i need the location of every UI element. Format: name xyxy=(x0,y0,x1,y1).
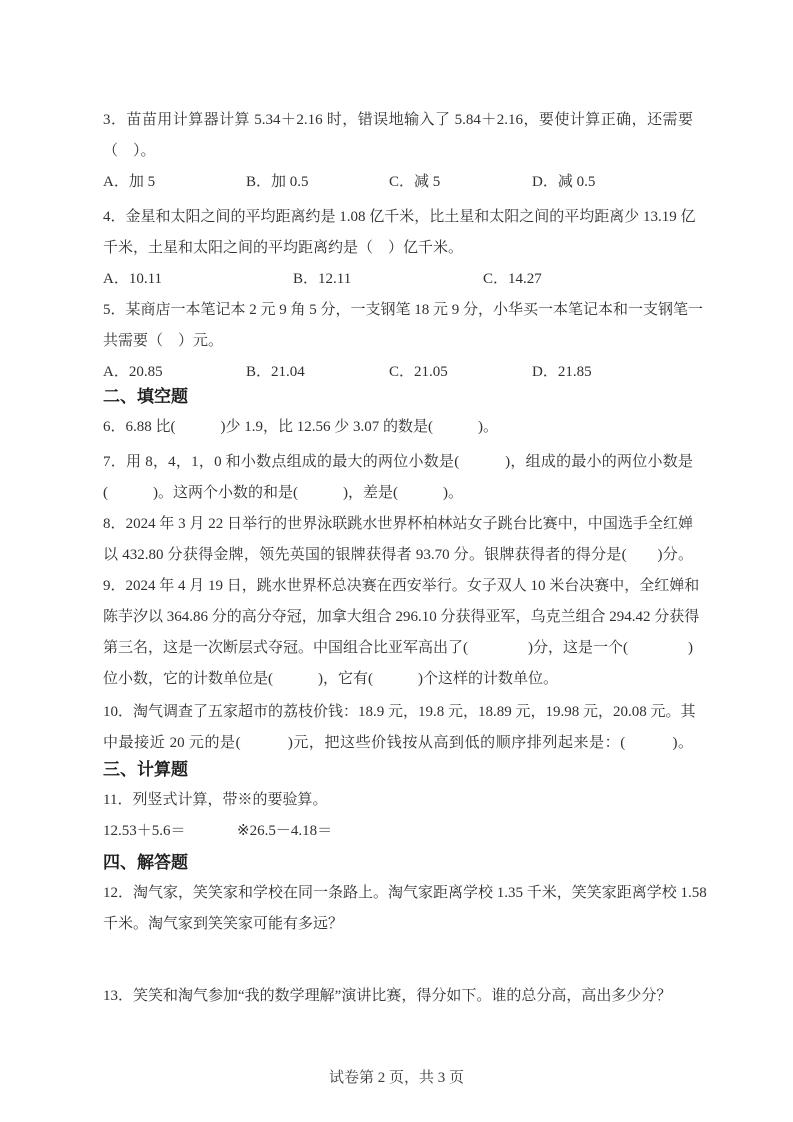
q5-option-b: B．21.04 xyxy=(246,357,389,388)
q3-option-d: D．减 0.5 xyxy=(532,167,675,198)
page-footer: 试卷第 2 页，共 3 页 xyxy=(0,1066,793,1087)
q5-line-1: 5．某商店一本笔记本 2 元 9 角 5 分，一支钢笔 18 元 9 分，小华买… xyxy=(103,295,693,326)
question-12: 12．淘气家，笑笑家和学校在同一条路上。淘气家距离学校 1.35 千米，笑笑家距… xyxy=(103,878,693,940)
question-5: 5．某商店一本笔记本 2 元 9 角 5 分，一支钢笔 18 元 9 分，小华买… xyxy=(103,295,693,388)
q3-line-1: 3．苗苗用计算器计算 5.34＋2.16 时，错误地输入了 5.84＋2.16，… xyxy=(103,105,693,136)
q11-formula-2: ※26.5－4.18＝ xyxy=(237,816,332,847)
q4-option-b: B．12.11 xyxy=(293,264,483,295)
q4-options: A．10.11 B．12.11 C．14.27 xyxy=(103,264,693,295)
q9-line-4: 位小数，它的计数单位是( )，它有( )个这样的计数单位。 xyxy=(103,664,693,695)
q4-option-c: C．14.27 xyxy=(483,264,673,295)
q12-line-1: 12．淘气家，笑笑家和学校在同一条路上。淘气家距离学校 1.35 千米，笑笑家距… xyxy=(103,878,693,909)
q8-line-1: 8．2024 年 3 月 22 日举行的世界泳联跳水世界杯柏林站女子跳台比赛中，… xyxy=(103,509,693,540)
section-header-solve: 四、解答题 xyxy=(103,847,693,878)
q10-line-1: 10．淘气调查了五家超市的荔枝价钱：18.9 元，19.8 元，18.89 元，… xyxy=(103,697,693,728)
question-4: 4．金星和太阳之间的平均距离约是 1.08 亿千米，比土星和太阳之间的平均距离少… xyxy=(103,202,693,295)
q5-options: A．20.85 B．21.04 C．21.05 D．21.85 xyxy=(103,357,693,388)
q3-line-2: （ ）。 xyxy=(103,136,693,167)
q11-line-1: 11．列竖式计算，带※的要验算。 xyxy=(103,785,693,816)
question-13: 13．笑笑和淘气参加“我的数学理解”演讲比赛，得分如下。谁的总分高，高出多少分？ xyxy=(103,981,693,1012)
q10-line-2: 中最接近 20 元的是( )元，把这些价钱按从高到低的顺序排列起来是：( )。 xyxy=(103,728,693,759)
question-7: 7．用 8，4，1，0 和小数点组成的最大的两位小数是( )，组成的最小的两位小… xyxy=(103,447,693,509)
exam-paper-page: 3．苗苗用计算器计算 5.34＋2.16 时，错误地输入了 5.84＋2.16，… xyxy=(0,0,793,1122)
q5-option-c: C．21.05 xyxy=(389,357,532,388)
q3-option-c: C．减 5 xyxy=(389,167,532,198)
q5-line-2: 共需要（ ）元。 xyxy=(103,326,693,357)
q4-line-1: 4．金星和太阳之间的平均距离约是 1.08 亿千米，比土星和太阳之间的平均距离少… xyxy=(103,202,693,233)
q7-line-2: ( )。这两个小数的和是( )，差是( )。 xyxy=(103,478,693,509)
exam-content: 3．苗苗用计算器计算 5.34＋2.16 时，错误地输入了 5.84＋2.16，… xyxy=(103,105,693,1012)
q9-line-1: 9．2024 年 4 月 19 日，跳水世界杯总决赛在西安举行。女子双人 10 … xyxy=(103,571,693,602)
question-8: 8．2024 年 3 月 22 日举行的世界泳联跳水世界杯柏林站女子跳台比赛中，… xyxy=(103,509,693,571)
q3-options: A．加 5 B．加 0.5 C．减 5 D．减 0.5 xyxy=(103,167,693,198)
q3-option-a: A．加 5 xyxy=(103,167,246,198)
q7-line-1: 7．用 8，4，1，0 和小数点组成的最大的两位小数是( )，组成的最小的两位小… xyxy=(103,447,693,478)
q5-option-d: D．21.85 xyxy=(532,357,675,388)
q6-line-1: 6．6.88 比( )少 1.9，比 12.56 少 3.07 的数是( )。 xyxy=(103,412,693,443)
q9-line-2: 陈芋汐以 364.86 分的高分夺冠，加拿大组合 296.10 分获得亚军，乌克… xyxy=(103,602,693,633)
q11-formula-1: 12.53＋5.6＝ xyxy=(103,816,237,847)
q3-option-b: B．加 0.5 xyxy=(246,167,389,198)
q12-line-2: 千米。淘气家到笑笑家可能有多远？ xyxy=(103,909,693,940)
q11-formulas: 12.53＋5.6＝※26.5－4.18＝ xyxy=(103,816,693,847)
q13-line-1: 13．笑笑和淘气参加“我的数学理解”演讲比赛，得分如下。谁的总分高，高出多少分？ xyxy=(103,981,693,1012)
q4-line-2: 千米，土星和太阳之间的平均距离约是（ ）亿千米。 xyxy=(103,233,693,264)
question-11: 11．列竖式计算，带※的要验算。 12.53＋5.6＝※26.5－4.18＝ xyxy=(103,785,693,847)
question-10: 10．淘气调查了五家超市的荔枝价钱：18.9 元，19.8 元，18.89 元，… xyxy=(103,697,693,759)
question-9: 9．2024 年 4 月 19 日，跳水世界杯总决赛在西安举行。女子双人 10 … xyxy=(103,571,693,695)
q8-line-2: 以 432.80 分获得金牌，领先英国的银牌获得者 93.70 分。银牌获得者的… xyxy=(103,540,693,571)
q4-option-a: A．10.11 xyxy=(103,264,293,295)
q9-line-3: 第三名，这是一次断层式夺冠。中国组合比亚军高出了( )分，这是一个( ) xyxy=(103,633,693,664)
question-6: 6．6.88 比( )少 1.9，比 12.56 少 3.07 的数是( )。 xyxy=(103,412,693,443)
question-3: 3．苗苗用计算器计算 5.34＋2.16 时，错误地输入了 5.84＋2.16，… xyxy=(103,105,693,198)
